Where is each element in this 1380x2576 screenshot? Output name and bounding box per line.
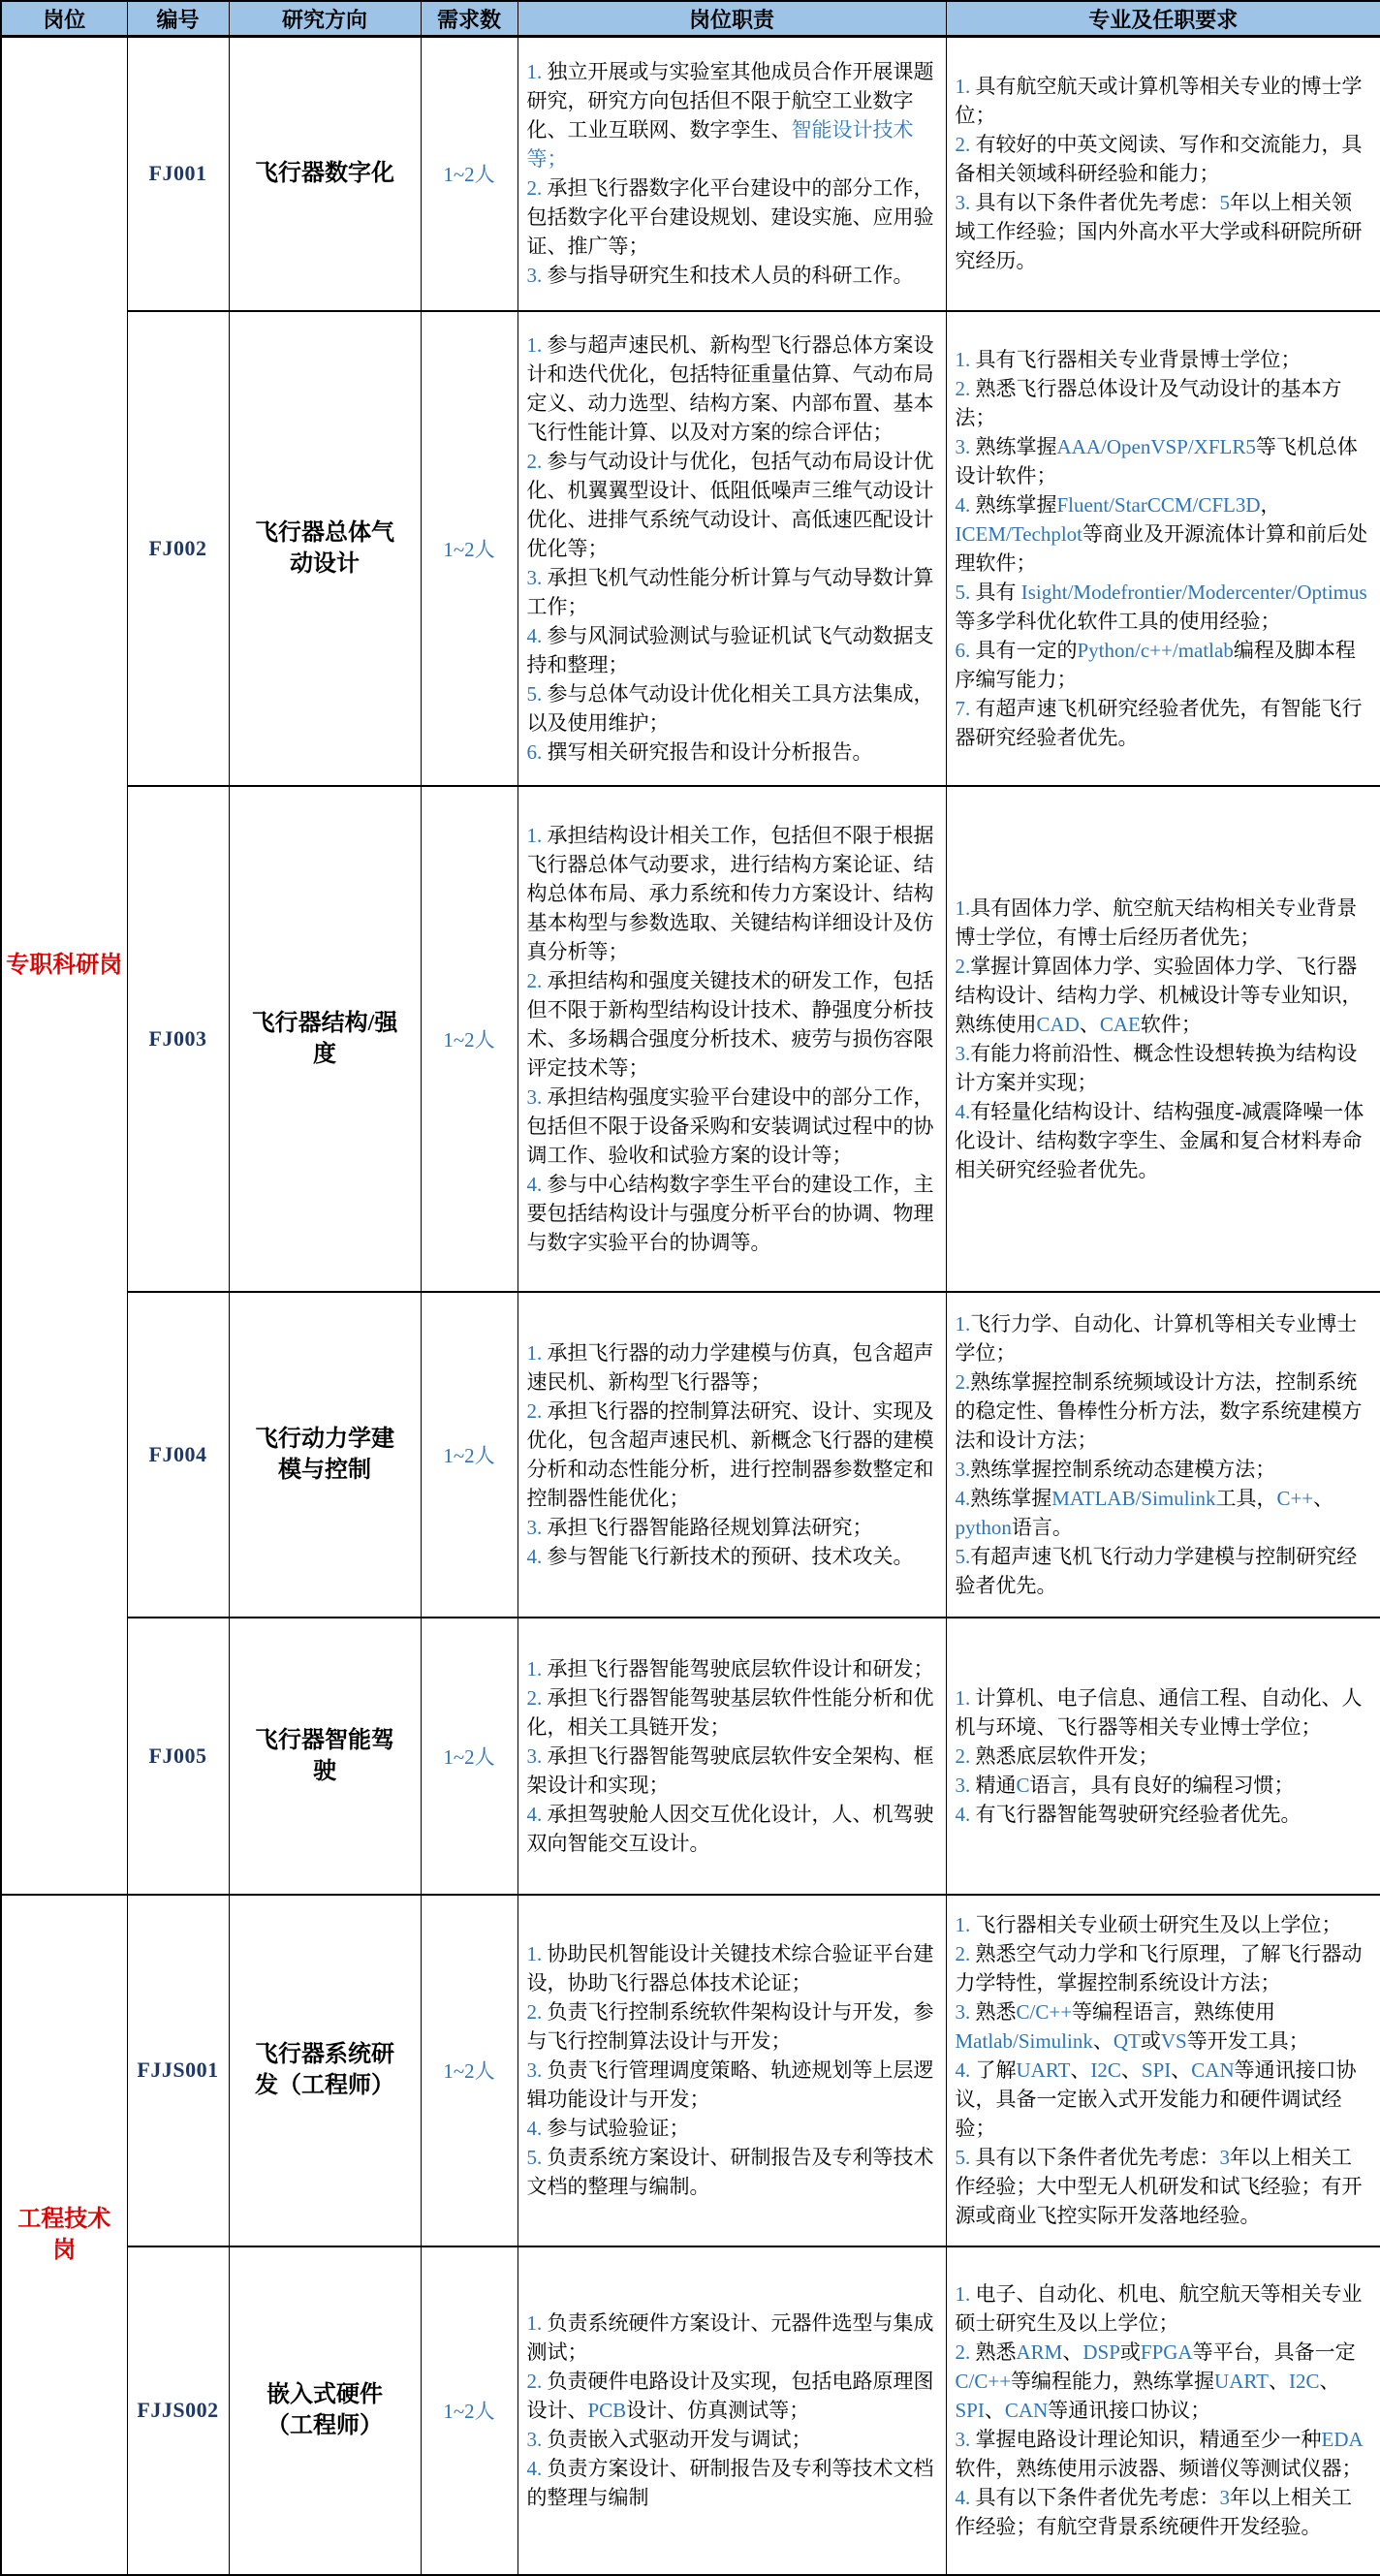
duty-item: 2. 参与气动设计与优化，包括气动布局设计优化、机翼翼型设计、低阻低噪声三维气动… [527,447,937,563]
job-duties: 1. 承担飞行器的动力学建模与仿真，包含超声速民机、新构型飞行器等；2. 承担飞… [517,1292,946,1618]
job-requirements: 1. 电子、自动化、机电、航空航天等相关专业硕士研究生及以上学位；2. 熟悉AR… [946,2246,1380,2575]
job-row-fj003: FJ003飞行器结构/强 度1~2人1. 承担结构设计相关工作，包括但不限于根据… [1,786,1380,1292]
duty-item: 4. 参与智能飞行新技术的预研、技术攻关。 [527,1542,937,1571]
requirement-item: 1.具有固体力学、航空航天结构相关专业背景博士学位，有博士后经历者优先； [956,894,1372,952]
header-row: 岗位 编号 研究方向 需求数 岗位职责 专业及任职要求 [1,1,1380,37]
requirement-item: 2. 熟悉飞行器总体设计及气动设计的基本方法； [956,374,1372,432]
job-headcount: 1~2人 [421,37,517,311]
requirement-item: 1. 具有航空航天或计算机等相关专业的博士学位； [956,72,1372,130]
requirement-item: 4.熟练掌握MATLAB/Simulink工具，C++、python语言。 [956,1484,1372,1542]
job-row-fjjs002: FJJS002嵌入式硬件 （工程师）1~2人1. 负责系统硬件方案设计、元器件选… [1,2246,1380,2575]
requirement-item: 1.飞行力学、自动化、计算机等相关专业博士学位； [956,1309,1372,1367]
requirement-item: 1. 电子、自动化、机电、航空航天等相关专业硕士研究生及以上学位； [956,2279,1372,2338]
requirement-item: 6. 具有一定的Python/c++/matlab编程及脚本程序编写能力； [956,636,1372,694]
job-headcount: 1~2人 [421,311,517,786]
job-code: FJ001 [127,37,229,311]
job-duties: 1. 承担飞行器智能驾驶底层软件设计和研发；2. 承担飞行器智能驾驶基层软件性能… [517,1618,946,1895]
duty-item: 3. 承担结构强度实验平台建设中的部分工作，包括但不限于设备采购和安装调试过程中… [527,1083,937,1170]
duty-item: 5. 参与总体气动设计优化相关工具方法集成，以及使用维护； [527,679,937,738]
requirement-item: 5.有超声速飞机飞行动力学建模与控制研究经验者优先。 [956,1542,1372,1600]
job-code: FJ003 [127,786,229,1292]
col-header-headcount: 需求数 [421,1,517,37]
requirement-item: 4. 了解UART、I2C、SPI、CAN等通讯接口协议，具备一定嵌入式开发能力… [956,2056,1372,2143]
duty-item: 1. 承担飞行器智能驾驶底层软件设计和研发； [527,1654,937,1683]
requirement-item: 2.掌握计算固体力学、实验固体力学、飞行器结构设计、结构力学、机械设计等专业知识… [956,952,1372,1039]
job-headcount: 1~2人 [421,1292,517,1618]
job-direction: 飞行器结构/强 度 [229,786,421,1292]
requirement-item: 3.有能力将前沿性、概念性设想转换为结构设计方案并实现； [956,1039,1372,1097]
job-direction: 飞行动力学建 模与控制 [229,1292,421,1618]
requirement-item: 3. 熟悉C/C++等编程语言，熟练使用Matlab/Simulink、QT或V… [956,1997,1372,2056]
job-headcount: 1~2人 [421,2246,517,2575]
duty-item: 2. 负责硬件电路设计及实现，包括电路原理图设计、PCB设计、仿真测试等； [527,2367,937,2425]
duty-item: 3. 参与指导研究生和技术人员的科研工作。 [527,261,937,290]
job-direction: 飞行器数字化 [229,37,421,311]
job-row-fjjs001: 工程技术 岗FJJS001飞行器系统研 发（工程师）1~2人1. 协助民机智能设… [1,1895,1380,2246]
requirement-item: 2. 熟悉空气动力学和飞行原理，了解飞行器动力学特性，掌握控制系统设计方法； [956,1939,1372,1997]
job-headcount: 1~2人 [421,786,517,1292]
job-direction: 飞行器系统研 发（工程师） [229,1895,421,2246]
duty-item: 1. 承担飞行器的动力学建模与仿真，包含超声速民机、新构型飞行器等； [527,1338,937,1397]
requirement-item: 4. 有飞行器智能驾驶研究经验者优先。 [956,1800,1372,1829]
job-requirements: 1. 具有航空航天或计算机等相关专业的博士学位；2. 有较好的中英文阅读、写作和… [946,37,1380,311]
duty-item: 3. 承担飞行器智能路径规划算法研究； [527,1513,937,1542]
duty-item: 4. 参与试验验证； [527,2114,937,2143]
duty-item: 2. 负责飞行控制系统软件架构设计与开发，参与飞行控制算法设计与开发； [527,1997,937,2056]
requirement-item: 1. 计算机、电子信息、通信工程、自动化、人机与环境、飞行器等相关专业博士学位； [956,1683,1372,1742]
duty-item: 2. 承担结构和强度关键技术的研发工作，包括但不限于新构型结构设计技术、静强度分… [527,966,937,1083]
job-row-fj002: FJ002飞行器总体气 动设计1~2人1. 参与超声速民机、新构型飞行器总体方案… [1,311,1380,786]
duty-item: 3. 负责飞行管理调度策略、轨迹规划等上层逻辑功能设计与开发； [527,2056,937,2114]
job-duties: 1. 独立开展或与实验室其他成员合作开展课题研究，研究方向包括但不限于航空工业数… [517,37,946,311]
requirement-item: 5. 具有以下条件者优先考虑：3年以上相关工作经验；大中型无人机研发和试飞经验；… [956,2143,1372,2230]
job-headcount: 1~2人 [421,1895,517,2246]
requirement-item: 4.有轻量化结构设计、结构强度-减震降噪一体化设计、结构数字孪生、金属和复合材料… [956,1097,1372,1184]
col-header-requirements: 专业及任职要求 [946,1,1380,37]
group-cell: 专职科研岗 [1,37,127,1895]
requirement-item: 3.熟练掌握控制系统动态建模方法； [956,1455,1372,1484]
requirement-item: 4. 具有以下条件者优先考虑：3年以上相关工作经验；有航空背景系统硬件开发经验。 [956,2483,1372,2541]
recruitment-table-page: 岗位 编号 研究方向 需求数 岗位职责 专业及任职要求 专职科研岗FJ001飞行… [0,0,1380,2576]
job-duties: 1. 协助民机智能设计关键技术综合验证平台建设，协助飞行器总体技术论证；2. 负… [517,1895,946,2246]
job-requirements: 1.具有固体力学、航空航天结构相关专业背景博士学位，有博士后经历者优先；2.掌握… [946,786,1380,1292]
duty-item: 2. 承担飞行器智能驾驶基层软件性能分析和优化，相关工具链开发； [527,1683,937,1742]
job-code: FJ005 [127,1618,229,1895]
group-cell: 工程技术 岗 [1,1895,127,2575]
requirement-item: 1. 飞行器相关专业硕士研究生及以上学位； [956,1910,1372,1939]
col-header-position: 岗位 [1,1,127,37]
job-table: 岗位 编号 研究方向 需求数 岗位职责 专业及任职要求 专职科研岗FJ001飞行… [0,0,1380,2576]
job-row-fj001: 专职科研岗FJ001飞行器数字化1~2人1. 独立开展或与实验室其他成员合作开展… [1,37,1380,311]
requirement-item: 3. 具有以下条件者优先考虑：5年以上相关领域工作经验；国内外高水平大学或科研院… [956,188,1372,275]
col-header-direction: 研究方向 [229,1,421,37]
duty-item: 6. 撰写相关研究报告和设计分析报告。 [527,738,937,767]
duty-item: 4. 负责方案设计、研制报告及专利等技术文档的整理与编制 [527,2454,937,2512]
duty-item: 1. 承担结构设计相关工作，包括但不限于根据飞行器总体气动要求，进行结构方案论证… [527,821,937,966]
job-requirements: 1. 具有飞行器相关专业背景博士学位；2. 熟悉飞行器总体设计及气动设计的基本方… [946,311,1380,786]
job-duties: 1. 负责系统硬件方案设计、元器件选型与集成测试；2. 负责硬件电路设计及实现，… [517,2246,946,2575]
job-requirements: 1.飞行力学、自动化、计算机等相关专业博士学位；2.熟练掌握控制系统频域设计方法… [946,1292,1380,1618]
job-duties: 1. 参与超声速民机、新构型飞行器总体方案设计和迭代优化，包括特征重量估算、气动… [517,311,946,786]
job-row-fj005: FJ005飞行器智能驾 驶1~2人1. 承担飞行器智能驾驶底层软件设计和研发；2… [1,1618,1380,1895]
duty-item: 1. 协助民机智能设计关键技术综合验证平台建设，协助飞行器总体技术论证； [527,1939,937,1997]
job-code: FJ002 [127,311,229,786]
duty-item: 2. 承担飞行器的控制算法研究、设计、实现及优化，包含超声速民机、新概念飞行器的… [527,1397,937,1513]
job-direction: 飞行器总体气 动设计 [229,311,421,786]
job-headcount: 1~2人 [421,1618,517,1895]
duty-item: 1. 独立开展或与实验室其他成员合作开展课题研究，研究方向包括但不限于航空工业数… [527,57,937,173]
duty-item: 2. 承担飞行器数字化平台建设中的部分工作，包括数字化平台建设规划、建设实施、应… [527,173,937,261]
duty-item: 3. 负责嵌入式驱动开发与调试； [527,2425,937,2454]
job-row-fj004: FJ004飞行动力学建 模与控制1~2人1. 承担飞行器的动力学建模与仿真，包含… [1,1292,1380,1618]
job-duties: 1. 承担结构设计相关工作，包括但不限于根据飞行器总体气动要求，进行结构方案论证… [517,786,946,1292]
requirement-item: 3. 熟练掌握AAA/OpenVSP/XFLR5等飞机总体设计软件； [956,432,1372,490]
requirement-item: 2. 有较好的中英文阅读、写作和交流能力，具备相关领域科研经验和能力； [956,130,1372,188]
job-table-body: 专职科研岗FJ001飞行器数字化1~2人1. 独立开展或与实验室其他成员合作开展… [1,37,1380,2575]
job-direction: 嵌入式硬件 （工程师） [229,2246,421,2575]
requirement-item: 3. 精通C语言，具有良好的编程习惯； [956,1771,1372,1800]
requirement-item: 2. 熟悉ARM、DSP或FPGA等平台，具备一定C/C++等编程能力，熟练掌握… [956,2338,1372,2425]
col-header-code: 编号 [127,1,229,37]
requirement-item: 1. 具有飞行器相关专业背景博士学位； [956,345,1372,374]
requirement-item: 5. 具有 Isight/Modefrontier/Modercenter/Op… [956,578,1372,636]
requirement-item: 4. 熟练掌握Fluent/StarCCM/CFL3D，ICEM/Techplo… [956,490,1372,578]
job-requirements: 1. 计算机、电子信息、通信工程、自动化、人机与环境、飞行器等相关专业博士学位；… [946,1618,1380,1895]
duty-item: 5. 负责系统方案设计、研制报告及专利等技术文档的整理与编制。 [527,2143,937,2201]
duty-item: 1. 参与超声速民机、新构型飞行器总体方案设计和迭代优化，包括特征重量估算、气动… [527,330,937,447]
job-code: FJ004 [127,1292,229,1618]
job-requirements: 1. 飞行器相关专业硕士研究生及以上学位；2. 熟悉空气动力学和飞行原理，了解飞… [946,1895,1380,2246]
requirement-item: 2.熟练掌握控制系统频域设计方法，控制系统的稳定性、鲁棒性分析方法，数字系统建模… [956,1367,1372,1455]
requirement-item: 3. 掌握电路设计理论知识，精通至少一种EDA软件，熟练使用示波器、频谱仪等测试… [956,2425,1372,2483]
job-direction: 飞行器智能驾 驶 [229,1618,421,1895]
col-header-duties: 岗位职责 [517,1,946,37]
requirement-item: 2. 熟悉底层软件开发； [956,1742,1372,1771]
requirement-item: 7. 有超声速飞机研究经验者优先，有智能飞行器研究经验者优先。 [956,694,1372,752]
duty-item: 4. 参与中心结构数字孪生平台的建设工作，主要包括结构设计与强度分析平台的协调、… [527,1170,937,1257]
duty-item: 1. 负责系统硬件方案设计、元器件选型与集成测试； [527,2309,937,2367]
job-code: FJJS001 [127,1895,229,2246]
duty-item: 4. 参与风洞试验测试与验证机试飞气动数据支持和整理； [527,621,937,679]
duty-item: 3. 承担飞机气动性能分析计算与气动导数计算工作； [527,563,937,621]
duty-item: 4. 承担驾驶舱人因交互优化设计，人、机驾驶双向智能交互设计。 [527,1800,937,1858]
duty-item: 3. 承担飞行器智能驾驶底层软件安全架构、框架设计和实现； [527,1742,937,1800]
job-code: FJJS002 [127,2246,229,2575]
